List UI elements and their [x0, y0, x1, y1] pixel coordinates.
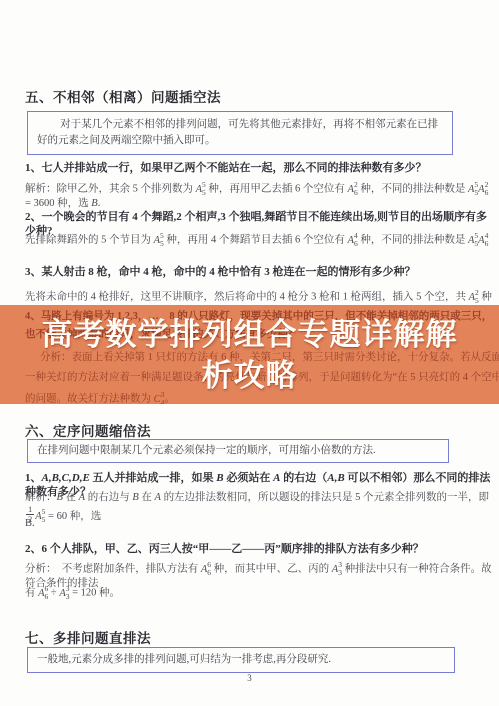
section-six-definition-box: 在排列问题中限制某几个元素必须保持一定的顺序，可用缩小倍数的方法. — [27, 439, 449, 463]
definition-text: 对于某几个元素不相邻的排列问题，可先将其他元素排好，再将不相邻元素在已排好的元素… — [37, 117, 443, 149]
answer-2: 先排除舞蹈外的 5 个节目为 A55 种，再用 4 个舞蹈节目去插 6 个空位有… — [25, 232, 495, 248]
banner-title-line2: 析攻略 — [202, 355, 298, 396]
answer-1: 解析：除甲乙外，其余 5 个排列数为 A55 种，再用甲乙去插 6 个空位有 A… — [25, 181, 495, 211]
banner-title-line1: 高考数学排列组合专题详解解 — [42, 314, 458, 355]
section-five-definition-box: 对于某几个元素不相邻的排列问题，可先将其他元素排好，再将不相邻元素在已排好的元素… — [27, 111, 453, 155]
banner-title: 高考数学排列组合专题详解解 析攻略 — [0, 305, 499, 404]
section-five-heading: 五、不相邻（相离）问题插空法 — [25, 86, 221, 106]
section-six-heading: 六、定序问题缩倍法 — [25, 420, 151, 440]
section-seven-definition-box: 一般地,元素分成多排的排列问题,可归结为一排考虑,再分段研究. — [27, 647, 455, 673]
question-1: 1、七人并排站成一行，如果甲乙两个不能站在一起，那么不同的排法种数有多少？ — [25, 161, 491, 175]
document-page: 五、不相邻（相离）问题插空法 对于某几个元素不相邻的排列问题，可先将其他元素排好… — [0, 0, 499, 706]
definition-text: 在排列问题中限制某几个元素必须保持一定的顺序，可用缩小倍数的方法. — [37, 444, 439, 458]
answer-1-six-line2: B. — [25, 517, 495, 531]
answer-2-six-line2: 有 A66 ÷ A33 = 120 种。 — [25, 585, 495, 601]
promo-banner: 4、马路上有编号为 1,2,3，…，8 的八只路灯，现要关掉其中的三只，但不能关… — [0, 305, 499, 404]
section-seven-heading: 七、多排问题直排法 — [25, 627, 151, 647]
page-number: 3 — [0, 673, 499, 683]
question-2-six: 2、6 个人排队，甲、乙、丙三人按“甲——乙——丙”顺序排的排队方法有多少种？ — [25, 542, 491, 556]
question-3: 3、某人射击 8 枪，命中 4 枪，命中的 4 枪中恰有 3 枪连在一起的情形有… — [25, 265, 491, 279]
definition-text: 一般地,元素分成多排的排列问题,可归结为一排考虑,再分段研究. — [37, 653, 445, 667]
